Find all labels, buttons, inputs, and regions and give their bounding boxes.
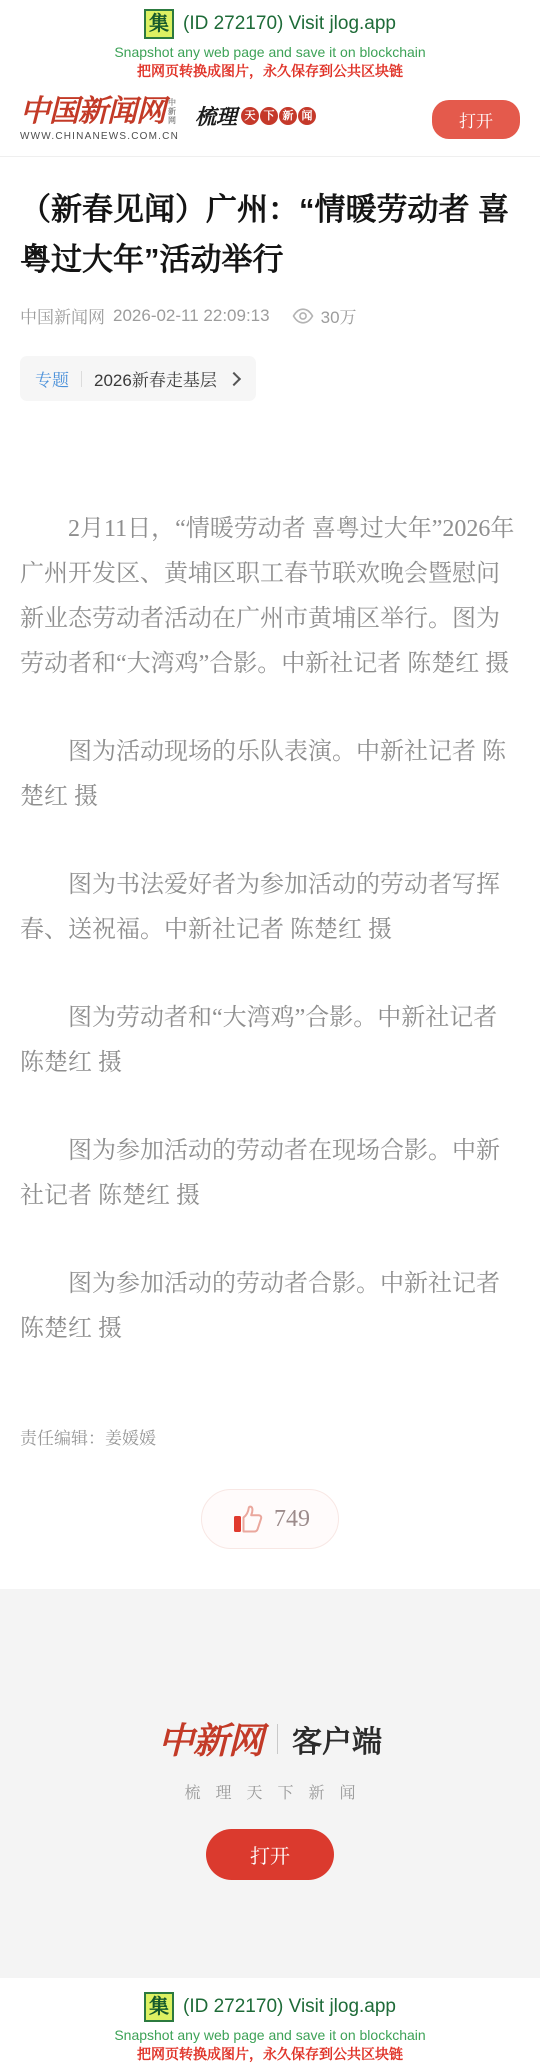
slogan-coin: 天: [241, 107, 259, 125]
footer-logo-row: 中新网 客户端: [0, 1713, 540, 1764]
like-button[interactable]: 749: [201, 1489, 339, 1549]
footer-chinanews-logo: 中新网: [158, 1713, 263, 1764]
open-app-button-header[interactable]: 打开: [432, 100, 520, 139]
article-paragraph: 图为活动现场的乐队表演。中新社记者 陈楚红 摄: [20, 730, 520, 820]
eye-icon: [292, 308, 314, 324]
thumbs-up-icon: [230, 1501, 266, 1537]
jlog-tagline-zh: 把网页转换成图片，永久保存到公共区块链: [0, 61, 540, 81]
header-slogan-stamp: 梳理 天 下 新 闻: [195, 101, 316, 131]
chinanews-url: WWW.CHINANEWS.COM.CN: [20, 131, 179, 142]
article-paragraph: 图为劳动者和“大湾鸡”合影。中新社记者 陈楚红 摄: [20, 996, 520, 1086]
view-count-value: 30万: [321, 303, 357, 328]
logo-side-char: 网: [168, 116, 176, 125]
jlog-visit-link[interactable]: (ID 272170) Visit jlog.app: [183, 1996, 396, 2018]
chevron-right-icon: [227, 371, 241, 385]
footer-slogan: 梳理天下新闻: [0, 1780, 540, 1803]
view-count: 30万: [292, 303, 357, 328]
jlog-logo-icon: 集: [144, 9, 174, 39]
logo-side-char: 新: [168, 107, 176, 116]
chinanews-logo-side: 中 新 网: [168, 98, 176, 125]
topic-chip[interactable]: 专题 2026新春走基层: [20, 356, 256, 401]
jlog-visit-link[interactable]: (ID 272170) Visit jlog.app: [183, 13, 396, 35]
footer-divider: [277, 1724, 278, 1754]
footer-client-label: 客户端: [292, 1717, 382, 1761]
article-paragraph: 图为书法爱好者为参加活动的劳动者写挥春、送祝福。中新社记者 陈楚红 摄: [20, 863, 520, 953]
jlog-logo-icon: 集: [144, 1992, 174, 2022]
jlog-banner-bottom: 集 (ID 272170) Visit jlog.app Snapshot an…: [0, 1978, 540, 2070]
article-title: （新春见闻）广州：“情暖劳动者 喜粤过大年”活动举行: [20, 185, 520, 285]
slogan-coin: 下: [260, 107, 278, 125]
article-paragraph: 图为参加活动的劳动者合影。中新社记者 陈楚红 摄: [20, 1262, 520, 1352]
topic-divider: [81, 371, 82, 387]
article-paragraph: 2月11日，“情暖劳动者 喜粤过大年”2026年广州开发区、黄埔区职工春节联欢晚…: [20, 507, 520, 687]
jlog-tagline-en: Snapshot any web page and save it on blo…: [0, 2027, 540, 2043]
topic-label: 专题: [35, 366, 69, 391]
editor-credit: 责任编辑：姜媛媛: [20, 1424, 520, 1449]
app-footer: 中新网 客户端 梳理天下新闻 打开: [0, 1589, 540, 1978]
chinanews-logo[interactable]: 中国新闻网 中 新 网 WWW.CHINANEWS.COM.CN: [20, 97, 179, 142]
jlog-tagline-zh: 把网页转换成图片，永久保存到公共区块链: [0, 2044, 540, 2064]
article-body: 2月11日，“情暖劳动者 喜粤过大年”2026年广州开发区、黄埔区职工春节联欢晚…: [0, 507, 540, 1352]
topic-name: 2026新春走基层: [94, 366, 217, 391]
like-count: 749: [274, 1506, 310, 1533]
article-paragraph: 图为参加活动的劳动者在现场合影。中新社记者 陈楚红 摄: [20, 1129, 520, 1219]
site-header: 中国新闻网 中 新 网 WWW.CHINANEWS.COM.CN 梳理 天 下 …: [0, 87, 540, 157]
chinanews-logo-text: 中国新闻网: [20, 97, 165, 127]
article-datetime: 2026-02-11 22:09:13: [113, 306, 270, 326]
article-meta: 中国新闻网 2026-02-11 22:09:13 30万: [20, 303, 520, 328]
logo-side-char: 中: [168, 98, 176, 107]
jlog-banner-top: 集 (ID 272170) Visit jlog.app Snapshot an…: [0, 0, 540, 87]
jlog-tagline-en: Snapshot any web page and save it on blo…: [0, 44, 540, 60]
slogan-coin: 新: [279, 107, 297, 125]
slogan-coin: 闻: [298, 107, 316, 125]
open-app-button-footer[interactable]: 打开: [206, 1829, 334, 1880]
article-source: 中国新闻网: [20, 303, 105, 328]
slogan-prefix: 梳理: [195, 101, 237, 131]
